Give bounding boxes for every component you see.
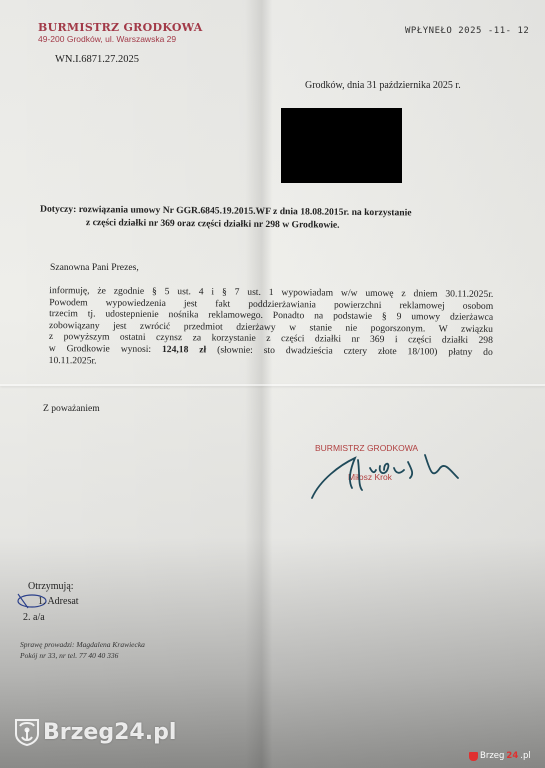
letter-body: informuję, że zgodnie § 5 ust. 4 i § 7 u… — [49, 285, 494, 370]
subject-label: Dotyczy: — [40, 204, 76, 215]
contact-info: Pokój nr 33, nr tel. 77 40 40 336 — [20, 651, 118, 660]
subject: Dotyczy: rozwiązania umowy Nr GGR.6845.1… — [40, 203, 500, 234]
reference-number: WN.I.6871.27.2025 — [55, 54, 139, 65]
watermark-small-suffix: .pl — [520, 751, 530, 761]
subject-line-2: z części działki nr 369 oraz części dzia… — [40, 216, 500, 234]
letterhead-office: BURMISTRZ GRODKOWA — [38, 21, 203, 34]
watermark-small-accent: 24 — [506, 751, 518, 761]
greeting: Szanowna Pani Prezes, — [50, 262, 139, 273]
letter-document: BURMISTRZ GRODKOWA 49-200 Grodków, ul. W… — [0, 0, 545, 768]
place-date: Grodków, dnia 31 października 2025 r. — [305, 80, 461, 91]
watermark-text: Brzeg24.pl — [43, 720, 176, 745]
rent-amount: 124,18 zł — [162, 344, 206, 355]
received-stamp: WPŁYNEŁO 2025 -11- 12 — [405, 26, 529, 36]
recipient-item: 2. a/a — [23, 612, 45, 623]
watermark-small-prefix: Brzeg — [480, 751, 504, 761]
redacted-recipient-address — [281, 108, 402, 183]
handwritten-signature-icon — [300, 440, 470, 510]
watermark-small: Brzeg24.pl — [469, 751, 531, 761]
handled-by: Sprawę prowadzi: Magdalena Krawiecka — [20, 640, 145, 649]
shield-icon — [469, 752, 478, 761]
recipients-label: Otrzymują: — [28, 581, 74, 592]
letterhead-address: 49-200 Grodków, ul. Warszawska 29 — [38, 34, 176, 44]
closing: Z poważaniem — [43, 403, 100, 414]
watermark-logo: Brzeg24.pl — [14, 718, 176, 746]
recipient-item: 1. Adresat — [38, 596, 79, 607]
anchor-shield-icon — [14, 718, 40, 746]
paper-fold — [0, 384, 545, 386]
